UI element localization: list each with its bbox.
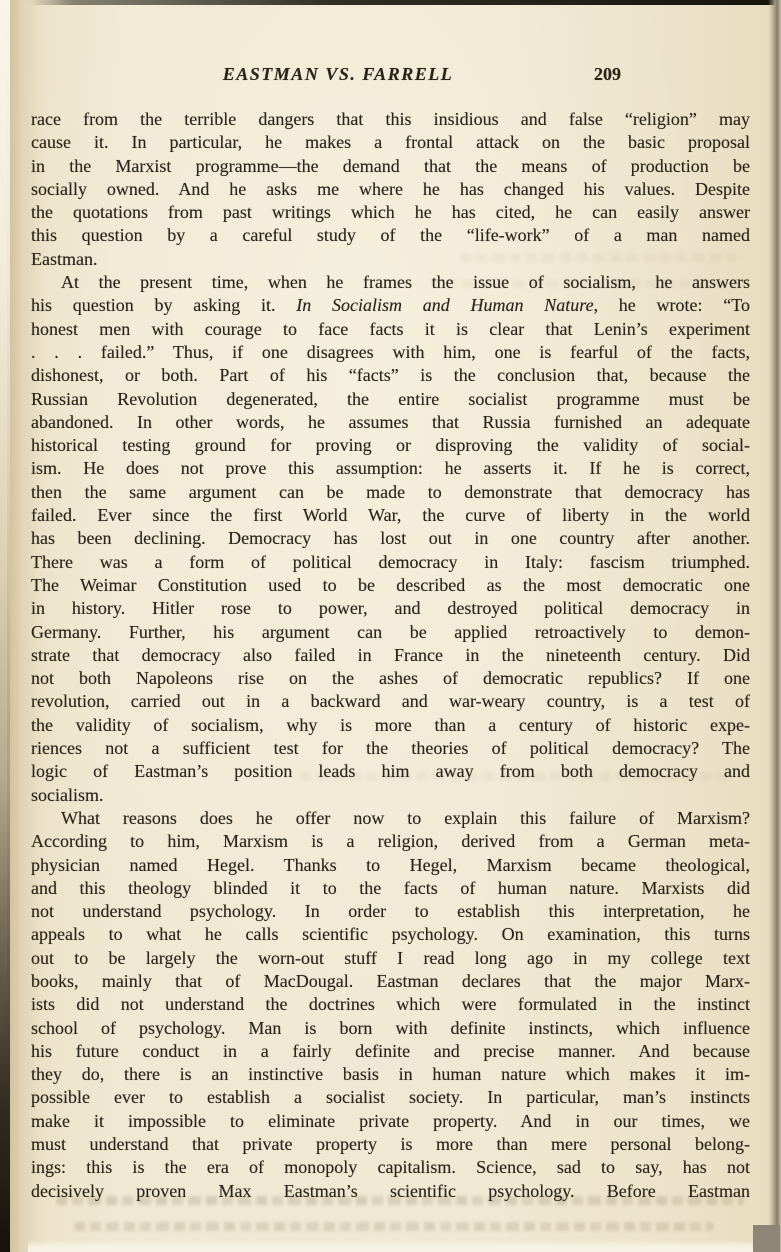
text-line: abandoned. In other words, he assumes th…: [31, 411, 750, 434]
scanned-book-page: EASTMAN VS. FARRELL 209 race from the te…: [0, 0, 781, 1252]
scan-edge-left: [0, 0, 10, 1252]
text-line: honest men with courage to face facts it…: [31, 318, 750, 341]
text-line: appeals to what he calls scientific psyc…: [31, 923, 750, 946]
text-line: The Weimar Constitution used to be descr…: [31, 574, 750, 597]
page-edge-right: [768, 0, 781, 1252]
scan-edge-top: [28, 0, 781, 5]
text-line: physician named Hegel. Thanks to Hegel, …: [31, 854, 750, 877]
text-column: race from the terrible dangers that this…: [31, 108, 750, 1203]
text-line: must understand that private property is…: [31, 1133, 750, 1156]
text-line: in the Marxist programme—the demand that…: [31, 155, 750, 178]
text-line: then the same argument can be made to de…: [31, 481, 750, 504]
text-line: . . . failed.” Thus, if one disagrees wi…: [31, 341, 750, 364]
text-line: school of psychology. Man is born with d…: [31, 1017, 750, 1040]
scan-edge-bottom: [28, 1240, 763, 1252]
text-line: out to be largely the worn-out stuff I r…: [31, 947, 750, 970]
text-line: socialism.: [31, 784, 750, 807]
text-line: There was a form of political democracy …: [31, 551, 750, 574]
text-line: the validity of socialism, why is more t…: [31, 714, 750, 737]
text-line: revolution, carried out in a backward an…: [31, 690, 750, 713]
text-line: What reasons does he offer now to explai…: [31, 807, 750, 830]
text-line: his future conduct in a fairly definite …: [31, 1040, 750, 1063]
text-line: socially owned. And he asks me where he …: [31, 178, 750, 201]
text-line: make it impossible to eliminate private …: [31, 1110, 750, 1133]
scan-corner-shadow: [753, 1225, 780, 1252]
text-line: ings: this is the era of monopoly capita…: [31, 1156, 750, 1179]
text-line: books, mainly that of MacDougal. Eastman…: [31, 970, 750, 993]
page-number: 209: [594, 64, 621, 85]
text-line: and this theology blinded it to the fact…: [31, 877, 750, 900]
text-line: Russian Revolution degenerated, the enti…: [31, 388, 750, 411]
text-line: his question by asking it. In Socialism …: [31, 294, 750, 317]
running-title: EASTMAN VS. FARRELL: [223, 64, 453, 85]
text-line: historical testing ground for proving or…: [31, 434, 750, 457]
text-line: not both Napoleons rise on the ashes of …: [31, 667, 750, 690]
text-line: logic of Eastman’s position leads him aw…: [31, 760, 750, 783]
text-line: Eastman.: [31, 248, 750, 271]
bleedthrough-line: [74, 1222, 714, 1231]
text-line: the quotations from past writings which …: [31, 201, 750, 224]
page-header: EASTMAN VS. FARRELL 209: [31, 64, 750, 90]
text-line: ism. He does not prove this assumption: …: [31, 457, 750, 480]
text-line: cause it. In particular, he makes a fron…: [31, 131, 750, 154]
text-line: dishonest, or both. Part of his “facts” …: [31, 364, 750, 387]
text-line: they do, there is an instinctive basis i…: [31, 1063, 750, 1086]
text-line: this question by a careful study of the …: [31, 224, 750, 247]
text-line: riences not a sufficient test for the th…: [31, 737, 750, 760]
text-line: race from the terrible dangers that this…: [31, 108, 750, 131]
text-line: has been declining. Democracy has lost o…: [31, 527, 750, 550]
text-line: in history. Hitler rose to power, and de…: [31, 597, 750, 620]
text-line: decisively proven Max Eastman’s scientif…: [31, 1180, 750, 1203]
text-line: At the present time, when he frames the …: [31, 271, 750, 294]
text-line: failed. Ever since the first World War, …: [31, 504, 750, 527]
text-line: not understand psychology. In order to e…: [31, 900, 750, 923]
text-line: strate that democracy also failed in Fra…: [31, 644, 750, 667]
text-line: ists did not understand the doctrines wh…: [31, 993, 750, 1016]
text-line: According to him, Marxism is a religion,…: [31, 830, 750, 853]
text-line: Germany. Further, his argument can be ap…: [31, 621, 750, 644]
text-line: possible ever to establish a socialist s…: [31, 1086, 750, 1109]
